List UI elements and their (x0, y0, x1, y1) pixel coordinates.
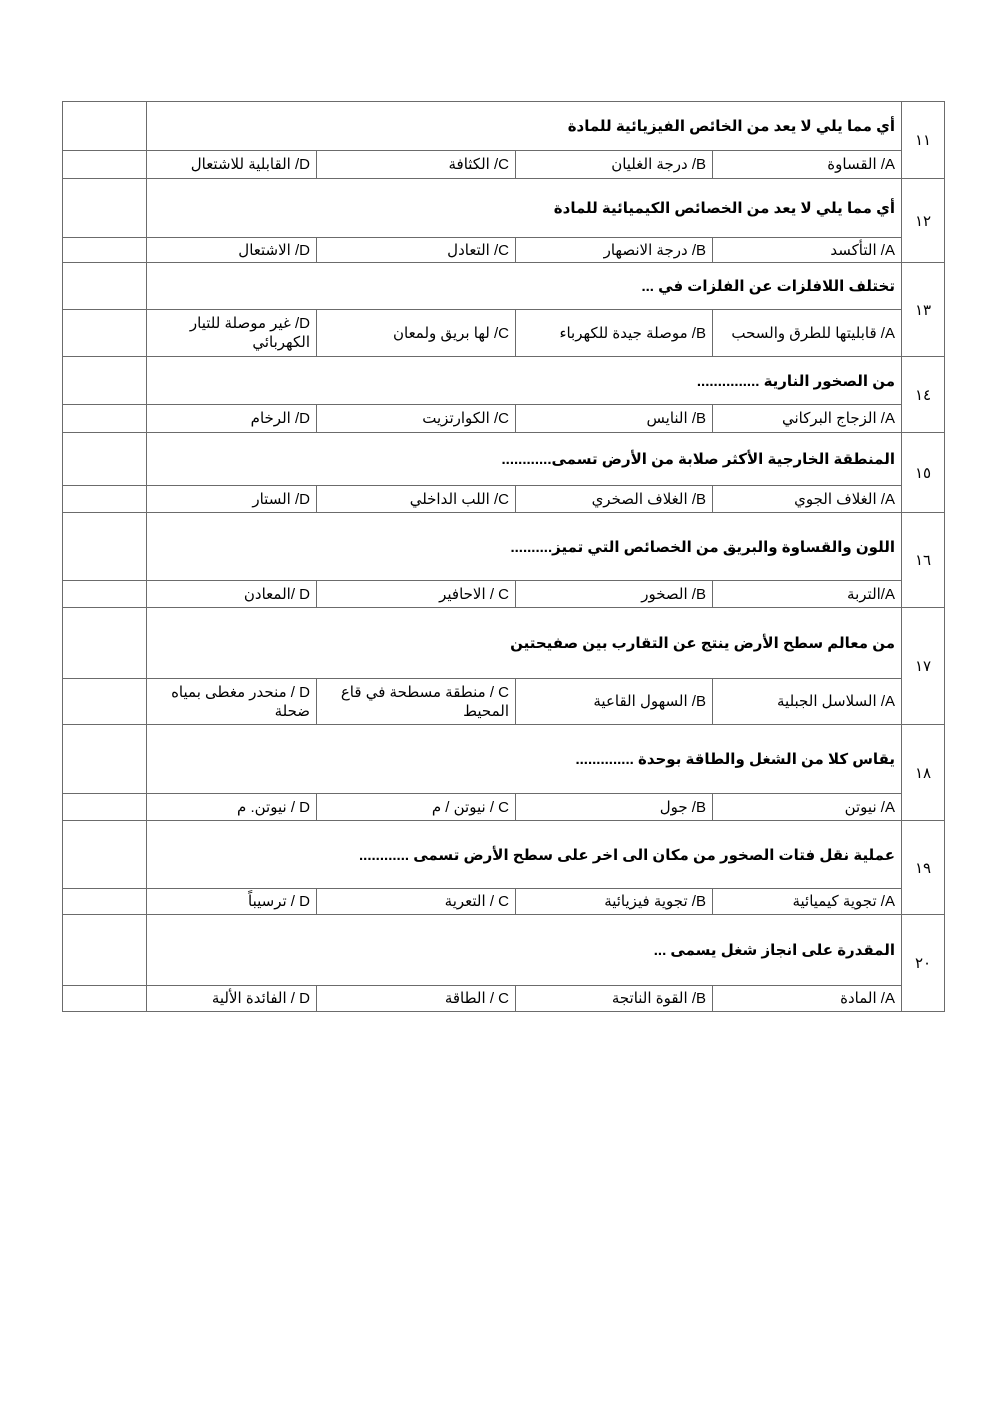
options-row: D /المعادنC / الاحافيرB/ الصخورA/التربة (63, 581, 945, 608)
question-row: أي مما يلي لا يعد من الخصائص الكيميائية … (63, 179, 945, 238)
option-b: B/ موصلة جيدة للكهرباء (516, 310, 713, 357)
options-row: D / منحدر مغطى بمياه ضحلةC / منطقة مسطحة… (63, 679, 945, 725)
options-row: D / نيوتن. مC / نيوتن / مB/ جولA/ نيوتن (63, 794, 945, 821)
question-number: ١٥ (902, 433, 945, 513)
question-text: أي مما يلي لا يعد من الخائص الفيزيائية ل… (147, 102, 902, 151)
blank-cell (63, 821, 147, 889)
question-number: ١٤ (902, 357, 945, 433)
option-d: D / نيوتن. م (147, 794, 317, 821)
question-text: أي مما يلي لا يعد من الخصائص الكيميائية … (147, 179, 902, 238)
blank-cell (63, 679, 147, 725)
option-b: B/ تجوية فيزيائية (516, 889, 713, 915)
question-text: يقاس كلا من الشغل والطاقة بوحدة ........… (147, 725, 902, 794)
option-b: B/ الغلاف الصخري (516, 486, 713, 513)
question-number: ١١ (902, 102, 945, 179)
question-row: اللون والقساوة والبريق من الخصائص التي ت… (63, 513, 945, 581)
option-c: C/ التعادل (317, 238, 516, 263)
question-number: ١٦ (902, 513, 945, 608)
question-text: من الصخور النارية ............... (147, 357, 902, 405)
option-c: C/ اللب الداخلي (317, 486, 516, 513)
options-row: D/ القابلية للاشتعالC/ الكثافةB/ درجة ال… (63, 151, 945, 179)
blank-cell (63, 889, 147, 915)
option-b: B/ جول (516, 794, 713, 821)
blank-cell (63, 608, 147, 679)
question-text: المقدرة على انجاز شغل يسمى ... (147, 915, 902, 986)
options-row: D / ترسيباًC / التعريةB/ تجوية فيزيائيةA… (63, 889, 945, 915)
options-row: D / الفائدة الأليةC / الطاقةB/ القوة الن… (63, 986, 945, 1012)
question-row: يقاس كلا من الشغل والطاقة بوحدة ........… (63, 725, 945, 794)
question-row: المقدرة على انجاز شغل يسمى ...٢٠ (63, 915, 945, 986)
option-a: A/ تجوية كيميائية (713, 889, 902, 915)
option-a: A/ المادة (713, 986, 902, 1012)
option-c: C / التعرية (317, 889, 516, 915)
question-row: من معالم سطح الأرض ينتج عن التقارب بين ص… (63, 608, 945, 679)
question-number: ١٣ (902, 263, 945, 357)
blank-cell (63, 986, 147, 1012)
option-d: D/ غير موصلة للتيار الكهربائي (147, 310, 317, 357)
option-b: B/ السهول القاعية (516, 679, 713, 725)
blank-cell (63, 151, 147, 179)
option-a: A/التربة (713, 581, 902, 608)
blank-cell (63, 915, 147, 986)
option-c: C / نيوتن / م (317, 794, 516, 821)
question-number: ١٩ (902, 821, 945, 915)
blank-cell (63, 102, 147, 151)
question-row: أي مما يلي لا يعد من الخائص الفيزيائية ل… (63, 102, 945, 151)
option-b: B/ النايس (516, 405, 713, 433)
question-number: ١٧ (902, 608, 945, 725)
options-row: D/ الرخامC/ الكوارتزيتB/ النايسA/ الزجاج… (63, 405, 945, 433)
option-b: B/ الصخور (516, 581, 713, 608)
option-d: D/ الاشتعال (147, 238, 317, 263)
blank-cell (63, 433, 147, 486)
option-a: A/ الزجاج البركاني (713, 405, 902, 433)
blank-cell (63, 238, 147, 263)
option-b: B/ درجة الانصهار (516, 238, 713, 263)
option-a: A/ نيوتن (713, 794, 902, 821)
option-d: D / منحدر مغطى بمياه ضحلة (147, 679, 317, 725)
option-c: C / منطقة مسطحة في قاع المحيط (317, 679, 516, 725)
option-c: C / الاحافير (317, 581, 516, 608)
option-d: D / الفائدة الألية (147, 986, 317, 1012)
option-c: C/ الكوارتزيت (317, 405, 516, 433)
blank-cell (63, 405, 147, 433)
question-text: عملية نقل فتات الصخور من مكان الى اخر عل… (147, 821, 902, 889)
blank-cell (63, 263, 147, 310)
questions-body: أي مما يلي لا يعد من الخائص الفيزيائية ل… (63, 102, 945, 1012)
question-row: من الصخور النارية ...............١٤ (63, 357, 945, 405)
question-text: من معالم سطح الأرض ينتج عن التقارب بين ص… (147, 608, 902, 679)
blank-cell (63, 179, 147, 238)
blank-cell (63, 513, 147, 581)
option-a: A/ التأكسد (713, 238, 902, 263)
blank-cell (63, 794, 147, 821)
blank-cell (63, 581, 147, 608)
blank-cell (63, 486, 147, 513)
question-row: تختلف اللافلزات عن الفلزات في ...١٣ (63, 263, 945, 310)
option-d: D /المعادن (147, 581, 317, 608)
option-a: A/ الغلاف الجوي (713, 486, 902, 513)
option-d: D/ القابلية للاشتعال (147, 151, 317, 179)
question-number: ١٢ (902, 179, 945, 263)
options-row: D/ غير موصلة للتيار الكهربائيC/ لها بريق… (63, 310, 945, 357)
option-d: D / ترسيباً (147, 889, 317, 915)
option-d: D/ الرخام (147, 405, 317, 433)
question-text: المنطقة الخارجية الأكثر صلابة من الأرض ت… (147, 433, 902, 486)
exam-questions-table: أي مما يلي لا يعد من الخائص الفيزيائية ل… (62, 101, 945, 1012)
option-c: C/ الكثافة (317, 151, 516, 179)
blank-cell (63, 310, 147, 357)
question-row: المنطقة الخارجية الأكثر صلابة من الأرض ت… (63, 433, 945, 486)
option-a: A/ القساوة (713, 151, 902, 179)
question-text: اللون والقساوة والبريق من الخصائص التي ت… (147, 513, 902, 581)
option-b: B/ درجة الغليان (516, 151, 713, 179)
blank-cell (63, 357, 147, 405)
options-row: D/ الستارC/ اللب الداخليB/ الغلاف الصخري… (63, 486, 945, 513)
option-a: A/ قابليتها للطرق والسحب (713, 310, 902, 357)
option-c: C/ لها بريق ولمعان (317, 310, 516, 357)
blank-cell (63, 725, 147, 794)
question-number: ١٨ (902, 725, 945, 821)
options-row: D/ الاشتعالC/ التعادلB/ درجة الانصهارA/ … (63, 238, 945, 263)
option-a: A/ السلاسل الجبلية (713, 679, 902, 725)
question-row: عملية نقل فتات الصخور من مكان الى اخر عل… (63, 821, 945, 889)
option-b: B/ القوة الناتجة (516, 986, 713, 1012)
question-text: تختلف اللافلزات عن الفلزات في ... (147, 263, 902, 310)
option-d: D/ الستار (147, 486, 317, 513)
option-c: C / الطاقة (317, 986, 516, 1012)
question-number: ٢٠ (902, 915, 945, 1012)
